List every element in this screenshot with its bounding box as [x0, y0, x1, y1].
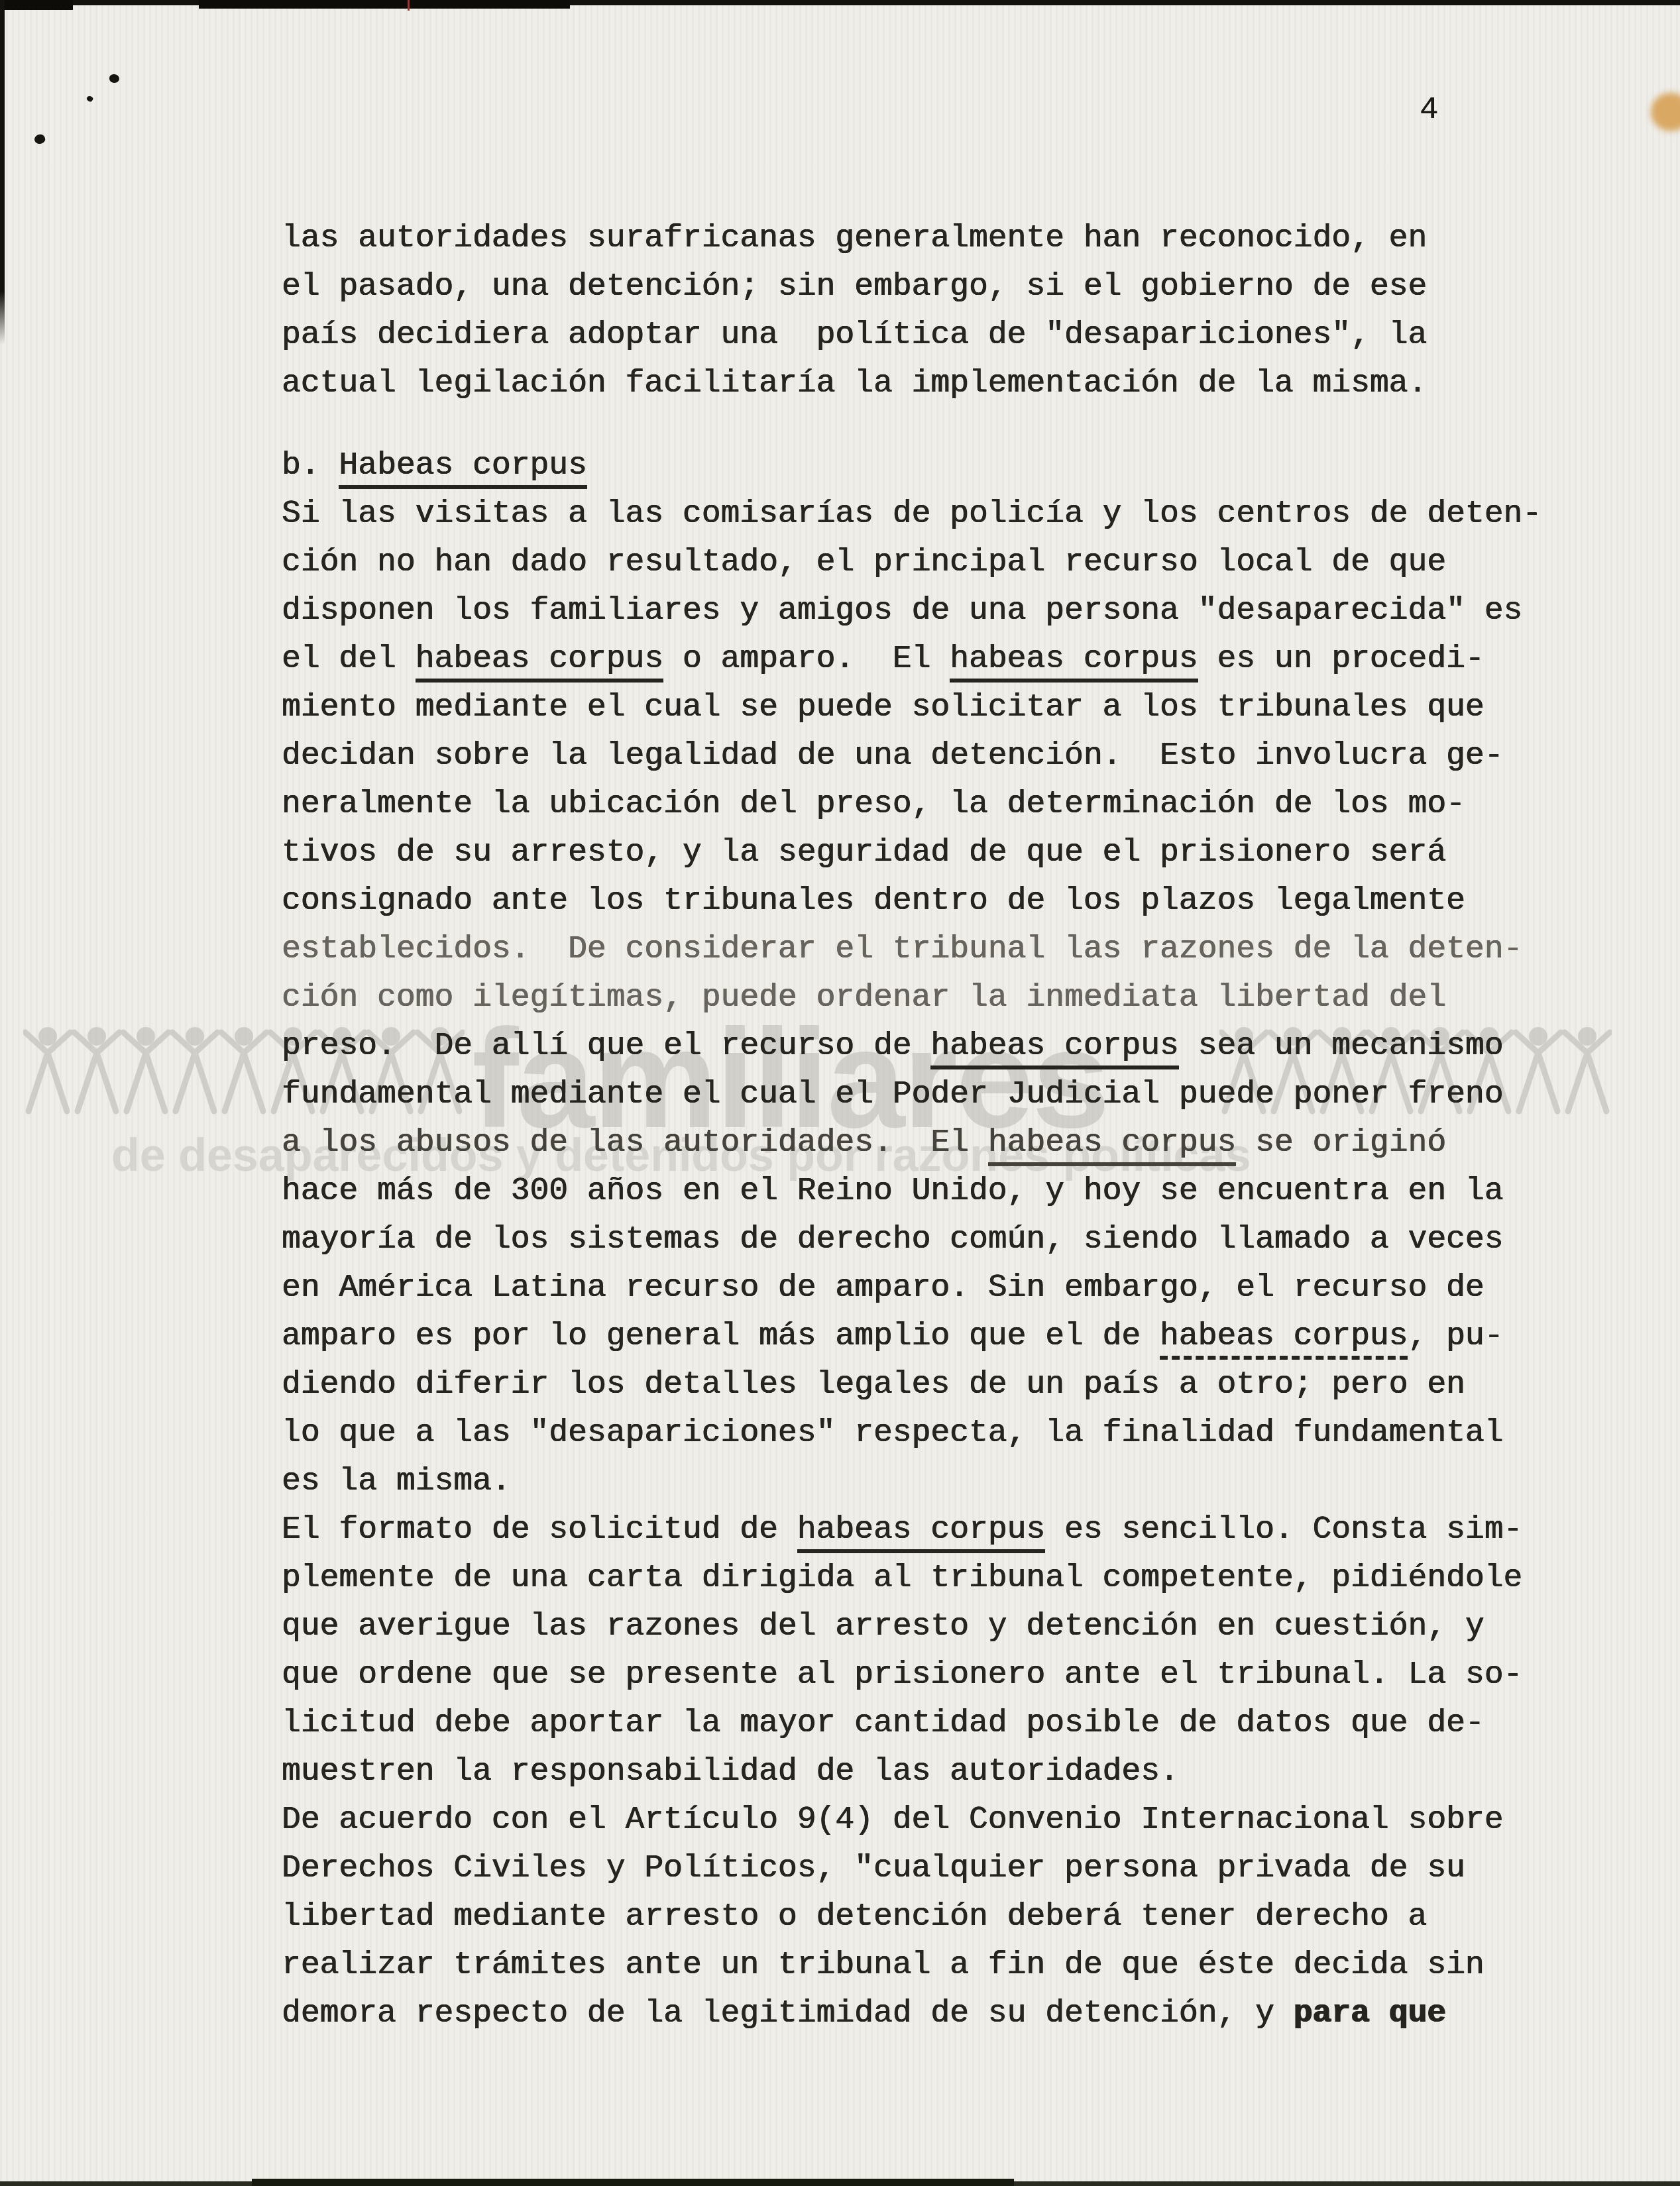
- text-line: actual legilación facilitaría la impleme…: [282, 360, 1541, 408]
- text-segment: consignado ante los tribunales dentro de…: [282, 883, 1465, 919]
- text-line: fundamental mediante el cual el Poder Ju…: [282, 1071, 1541, 1119]
- text-segment: se originó: [1236, 1125, 1446, 1161]
- text-segment: muestren la responsabilidad de las autor…: [282, 1754, 1179, 1790]
- text-segment: es un procedi-: [1198, 641, 1484, 677]
- text-line: muestren la responsabilidad de las autor…: [282, 1748, 1541, 1796]
- text-line: en América Latina recurso de amparo. Sin…: [282, 1264, 1541, 1313]
- text-segment: para que: [1294, 1996, 1446, 2032]
- text-segment: libertad mediante arresto o detención de…: [282, 1899, 1427, 1935]
- text-line: El formato de solicitud de habeas corpus…: [282, 1506, 1541, 1555]
- text-line: amparo es por lo general más amplio que …: [282, 1313, 1541, 1361]
- text-segment: en América Latina recurso de amparo. Sin…: [282, 1270, 1484, 1306]
- text-segment: mayoría de los sistemas de derecho común…: [282, 1222, 1504, 1258]
- text-line: tivos de su arresto, y la seguridad de q…: [282, 829, 1541, 877]
- page-number: 4: [1420, 94, 1438, 127]
- scanned-document-page: { "page": { "number": "4", "paper_color"…: [0, 0, 1680, 2186]
- text-segment: El formato de solicitud de: [282, 1512, 797, 1548]
- text-segment: es la misma.: [282, 1464, 511, 1500]
- text-segment: las autoridades surafricanas generalment…: [282, 221, 1427, 256]
- text-line: disponen los familiares y amigos de una …: [282, 587, 1541, 635]
- text-line: diendo diferir los detalles legales de u…: [282, 1361, 1541, 1409]
- text-segment: que averigue las razones del arresto y d…: [282, 1609, 1484, 1645]
- text-line: hace más de 300 años en el Reino Unido, …: [282, 1168, 1541, 1216]
- paragraph-1: las autoridades surafricanas generalment…: [282, 215, 1541, 408]
- text-segment: sea un mecanismo: [1179, 1028, 1504, 1064]
- text-segment: que ordene que se presente al prisionero…: [282, 1657, 1522, 1693]
- text-line: establecidos. De considerar el tribunal …: [282, 926, 1541, 974]
- text-segment: establecidos. De considerar el tribunal …: [282, 932, 1522, 967]
- text-segment: De acuerdo con el Artículo 9(4) del Conv…: [282, 1802, 1504, 1838]
- text-segment: licitud debe aportar la mayor cantidad p…: [282, 1706, 1484, 1741]
- text-line: las autoridades surafricanas generalment…: [282, 215, 1541, 263]
- underlined-term: habeas corpus: [950, 641, 1198, 683]
- underlined-term: habeas corpus: [930, 1028, 1178, 1069]
- text-line: lo que a las "desapariciones" respecta, …: [282, 1409, 1541, 1458]
- text-segment: fundamental mediante el cual el Poder Ju…: [282, 1077, 1504, 1113]
- heading-underlined-text: Habeas corpus: [339, 448, 587, 489]
- section-heading: b. Habeas corpus: [282, 442, 1541, 490]
- text-line: consignado ante los tribunales dentro de…: [282, 877, 1541, 926]
- text-line: libertad mediante arresto o detención de…: [282, 1893, 1541, 1941]
- text-line: Derechos Civiles y Políticos, "cualquier…: [282, 1845, 1541, 1893]
- text-line: el del habeas corpus o amparo. El habeas…: [282, 635, 1541, 684]
- text-line: a los abusos de las autoridades. El habe…: [282, 1119, 1541, 1168]
- text-segment: el del: [282, 641, 416, 677]
- text-segment: ción como ilegítimas, puede ordenar la i…: [282, 980, 1446, 1016]
- text-segment: , pu-: [1408, 1319, 1503, 1354]
- text-segment: es sencillo. Consta sim-: [1045, 1512, 1522, 1548]
- text-line: el pasado, una detención; sin embargo, s…: [282, 263, 1541, 311]
- text-line: neralmente la ubicación del preso, la de…: [282, 781, 1541, 829]
- text-segment: Derechos Civiles y Políticos, "cualquier…: [282, 1851, 1465, 1886]
- text-line: miento mediante el cual se puede solicit…: [282, 684, 1541, 732]
- text-segment: a los abusos de las autoridades. El: [282, 1125, 988, 1161]
- typed-text: las autoridades surafricanas generalment…: [282, 215, 1541, 2038]
- underlined-term: habeas corpus: [1160, 1319, 1408, 1360]
- text-segment: Si las visitas a las comisarías de polic…: [282, 496, 1541, 532]
- text-segment: miento mediante el cual se puede solicit…: [282, 690, 1484, 726]
- underlined-term: habeas corpus: [797, 1512, 1045, 1553]
- text-line: decidan sobre la legalidad de una detenc…: [282, 732, 1541, 781]
- text-segment: actual legilación facilitaría la impleme…: [282, 366, 1427, 402]
- text-segment: hace más de 300 años en el Reino Unido, …: [282, 1174, 1504, 1209]
- text-segment: preso. De allí que el recurso de: [282, 1028, 930, 1064]
- underlined-term: habeas corpus: [988, 1125, 1236, 1166]
- text-segment: amparo es por lo general más amplio que …: [282, 1319, 1160, 1354]
- text-segment: diendo diferir los detalles legales de u…: [282, 1367, 1465, 1403]
- text-line: mayoría de los sistemas de derecho común…: [282, 1216, 1541, 1264]
- text-line: licitud debe aportar la mayor cantidad p…: [282, 1700, 1541, 1748]
- text-line: es la misma.: [282, 1458, 1541, 1506]
- text-line: país decidiera adoptar una política de "…: [282, 311, 1541, 360]
- heading-prefix: b.: [282, 448, 339, 484]
- text-segment: disponen los familiares y amigos de una …: [282, 593, 1522, 629]
- text-segment: o amparo. El: [663, 641, 950, 677]
- text-segment: tivos de su arresto, y la seguridad de q…: [282, 835, 1446, 871]
- text-segment: país decidiera adoptar una política de "…: [282, 317, 1427, 353]
- text-line: que averigue las razones del arresto y d…: [282, 1603, 1541, 1651]
- text-line: plemente de una carta dirigida al tribun…: [282, 1555, 1541, 1603]
- text-segment: realizar trámites ante un tribunal a fin…: [282, 1947, 1484, 1983]
- text-line: que ordene que se presente al prisionero…: [282, 1651, 1541, 1700]
- text-segment: lo que a las "desapariciones" respecta, …: [282, 1415, 1504, 1451]
- body-text: Si las visitas a las comisarías de polic…: [282, 490, 1541, 2038]
- text-line: realizar trámites ante un tribunal a fin…: [282, 1941, 1541, 1990]
- underlined-term: habeas corpus: [416, 641, 663, 683]
- text-line: ción no han dado resultado, el principal…: [282, 539, 1541, 587]
- text-line: Si las visitas a las comisarías de polic…: [282, 490, 1541, 539]
- text-segment: el pasado, una detención; sin embargo, s…: [282, 269, 1427, 305]
- text-line: ción como ilegítimas, puede ordenar la i…: [282, 974, 1541, 1022]
- text-line: De acuerdo con el Artículo 9(4) del Conv…: [282, 1796, 1541, 1845]
- text-segment: demora respecto de la legitimidad de su …: [282, 1996, 1294, 2032]
- text-line: demora respecto de la legitimidad de su …: [282, 1990, 1541, 2038]
- text-segment: neralmente la ubicación del preso, la de…: [282, 787, 1465, 822]
- text-segment: plemente de una carta dirigida al tribun…: [282, 1560, 1522, 1596]
- text-line: preso. De allí que el recurso de habeas …: [282, 1022, 1541, 1071]
- text-segment: decidan sobre la legalidad de una detenc…: [282, 738, 1504, 774]
- text-segment: ción no han dado resultado, el principal…: [282, 545, 1446, 580]
